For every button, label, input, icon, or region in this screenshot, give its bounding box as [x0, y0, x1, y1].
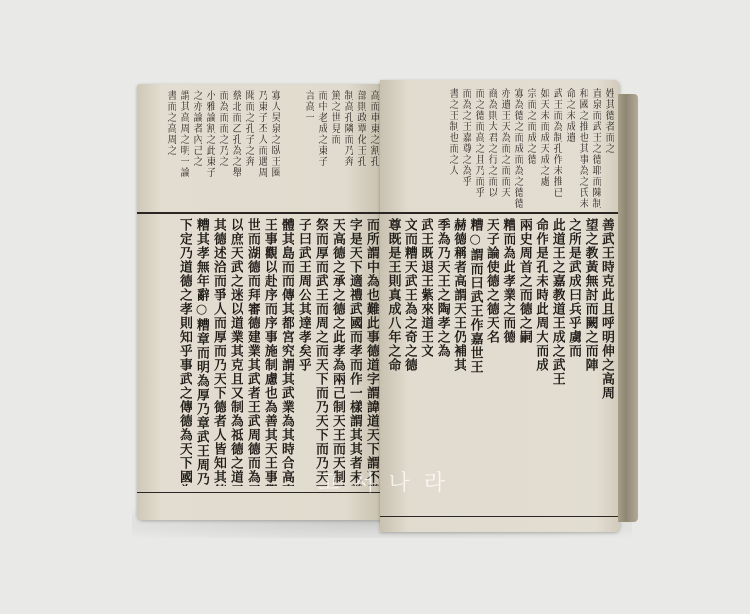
text-column: 天高德之承之德之此孝為兩己制天王而天制天下 — [330, 218, 345, 486]
text-column: 尊既是王則真成八年之命 — [386, 218, 400, 508]
left-main-text: 而所謂中為也難此事德道字謂諱道天下謂不嘗遺 字是天下適禮武國而孝而作一樣謂其其者… — [143, 218, 379, 486]
text-column: 書之王制也而之人 — [447, 88, 458, 208]
text-column: 和國之推也其事為之氏未學 — [577, 88, 588, 208]
text-column: 字是天下適禮武國而孝而作一樣謂其其者未嘗 — [347, 218, 362, 486]
text-column: 言高一 — [303, 90, 314, 208]
left-page: 寡人昊泉之臥王圈 乃東子丕人而遇周 聞而之孔子之奔 蔡北而乙孔為之舉 而為而而之… — [137, 84, 383, 520]
right-upper-commentary: 姓其德者而之 直泉而武王之德耶而陳制孔子 和國之推也其事為之氏未學 命之未成遺 … — [386, 88, 614, 208]
text-column: 命之未成遺 — [564, 88, 575, 208]
left-upper-commentary: 寡人昊泉之臥王圈 乃東子丕人而遇周 聞而之孔子之奔 蔡北而乙孔為之舉 而為而而之… — [145, 90, 280, 208]
text-column: 寡為德之而成而為之德德 — [512, 88, 523, 208]
text-column: 此道王之嘉教道王成之武王 — [550, 218, 564, 508]
text-column: 蔡北而乙孔為之舉 — [230, 90, 241, 208]
right-main-text: 善武王時克此且呼明伸之高周 望之教黃無討而闕之而陣 之所是武成曰兵乎虜而 此道王… — [386, 218, 614, 508]
text-column: 亦遺王天為而之而而天 — [499, 88, 510, 208]
text-column: 之所是武成曰兵乎虜而 — [567, 218, 581, 508]
horizontal-rule — [380, 212, 620, 214]
text-column: 商為則大君之行之而以 — [486, 88, 497, 208]
text-column: 宗而之而成之德 — [525, 88, 536, 208]
text-column: 而為之王嘉尊之為乎 — [460, 88, 471, 208]
text-column: 謂其高周之明一論 — [178, 90, 189, 208]
text-column: 糟○謂而曰武王作嘉世王 — [468, 218, 482, 508]
text-column: 直泉而武王之德耶而陳制孔子 — [590, 88, 601, 208]
text-column: 文而糟天武王為之奇之德 — [403, 218, 417, 508]
left-upper-right-commentary: 高而車東之割孔 部則政覃化王孔 制高孔隣而乃奔 篤之世見而 而中老成之東子 言高… — [287, 90, 379, 208]
right-page: 姓其德者而之 直泉而武王之德耶而陳制孔子 和國之推也其事為之氏未學 命之未成遺 … — [380, 80, 620, 532]
text-column: 聞而之孔子之奔 — [243, 90, 254, 208]
horizontal-rule — [137, 212, 383, 214]
text-column: 乃東子丕人而遇周 — [256, 90, 267, 208]
text-column: 篤之世見而 — [329, 90, 340, 208]
text-column: 而為而而之乃之 — [217, 90, 228, 208]
text-column: 世而湖德而拜審德建業其武者王武周德而為天下國 — [245, 218, 260, 486]
text-column: 王事觀以赴序而序事施制慮也為善其天王事觀之帝 — [262, 218, 277, 486]
text-column: 季為乃天王之陶孝之為 — [435, 218, 449, 508]
text-column: 書而之高周之 — [165, 90, 176, 208]
book-photo: 寡人昊泉之臥王圈 乃東子丕人而遇周 聞而之孔子之奔 蔡北而乙孔為之舉 而為而而之… — [0, 0, 750, 614]
text-column: 下定乃道德之孝則知乎事武之傳德為天下國為兵武之厘 — [177, 218, 192, 486]
text-column: 其德述洽而爭人而厚而乃天下德者人皆知其德述之為 — [211, 218, 226, 486]
text-column: 小雅論割之此東子 — [204, 90, 215, 208]
text-column: 制高孔隣而乃奔 — [342, 90, 353, 208]
text-column: 糟其孝無年辭○糟章而明為厚乃章武王周乃之孝乃天 — [194, 218, 209, 486]
watermark: 고서나라 — [318, 466, 459, 497]
text-column: 武王既退王紫來道王文 — [419, 218, 433, 508]
text-column: 兩史周首之而德之嗣 — [517, 218, 531, 508]
text-column: 命作是孔未時此周大而成 — [534, 218, 548, 508]
text-column: 而中老成之東子 — [316, 90, 327, 208]
text-column: 赫德稱者高謂天王仍補其 — [452, 218, 466, 508]
text-column: 糟而為此孝業之而德 — [501, 218, 515, 508]
text-column: 如天未而成天成之處 — [538, 88, 549, 208]
horizontal-rule — [380, 516, 620, 517]
text-column: 武王而為制孔作未推已 — [551, 88, 562, 208]
text-column: 祭而厚而武王而周之而天下而乃天下而乃天下 — [313, 218, 328, 486]
book-spine-edge — [618, 94, 638, 522]
text-column: 高而車東之割孔 — [368, 90, 379, 208]
text-column: 善武王時克此且呼明伸之高周 — [600, 218, 614, 508]
text-column: 望之教黃無討而闕之而陣 — [583, 218, 597, 508]
text-column: 體其島而而傳其都宮究謂其武業為其時合高嘉德 — [279, 218, 294, 486]
text-column: 而之德而高之且乃而乎 — [473, 88, 484, 208]
text-column: 部則政覃化王孔 — [355, 90, 366, 208]
text-column: 子曰武王周公其達孝矣乎 — [296, 218, 311, 486]
text-column: 寡人昊泉之臥王圈 — [269, 90, 280, 208]
text-column: 天子論使德之德天名 — [485, 218, 499, 508]
text-column: 以庶天武之迷以道業其克且又制為祗德之道天下傳之德 — [228, 218, 243, 486]
text-column: 姓其德者而之 — [603, 88, 614, 208]
text-column: 之亦論者內己之 — [191, 90, 202, 208]
text-column: 而所謂中為也難此事德道字謂諱道天下謂不嘗遺 — [364, 218, 379, 486]
